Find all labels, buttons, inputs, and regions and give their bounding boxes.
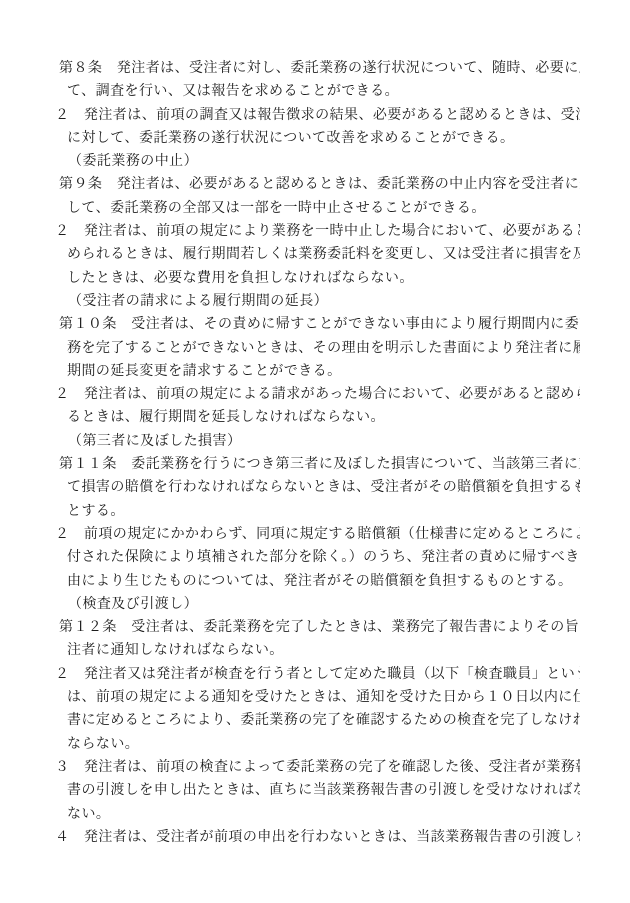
contract-text-line: に対して、委託業務の遂行状況について改善を求めることができる。 bbox=[55, 127, 580, 150]
section-heading: （受注者の請求による履行期間の延長） bbox=[55, 290, 580, 313]
contract-text-line: 第９条 発注者は、必要があると認めるときは、委託業務の中止内容を受注者に通知 bbox=[55, 173, 580, 196]
contract-text-line: ４ 発注者は、受注者が前項の申出を行わないときは、当該業務報告書の引渡しを業 bbox=[55, 826, 580, 849]
contract-text-line: るときは、履行期間を延長しなければならない。 bbox=[55, 406, 580, 429]
contract-text-line: ない。 bbox=[55, 803, 580, 826]
contract-text-line: 期間の延長変更を請求することができる。 bbox=[55, 360, 580, 383]
contract-text-line: て損害の賠償を行わなければならないときは、受注者がその賠償額を負担するもの bbox=[55, 476, 580, 499]
section-heading: （第三者に及ぼした損害） bbox=[55, 430, 580, 453]
contract-text-line: 由により生じたものについては、発注者がその賠償額を負担するものとする。 bbox=[55, 570, 580, 593]
contract-text: 第８条 発注者は、受注者に対し、委託業務の遂行状況について、随時、必要に応じて、… bbox=[55, 57, 580, 849]
contract-text-line: ならない。 bbox=[55, 733, 580, 756]
section-heading: （検査及び引渡し） bbox=[55, 593, 580, 616]
contract-text-line: して、委託業務の全部又は一部を一時中止させることができる。 bbox=[55, 197, 580, 220]
section-heading: （委託業務の中止） bbox=[55, 150, 580, 173]
contract-text-line: 第１１条 委託業務を行うにつき第三者に及ぼした損害について、当該第三者に対し bbox=[55, 453, 580, 476]
contract-text-line: ２ 前項の規定にかかわらず、同項に規定する賠償額（仕様書に定めるところにより bbox=[55, 523, 580, 546]
contract-text-line: とする。 bbox=[55, 500, 580, 523]
contract-text-line: て、調査を行い、又は報告を求めることができる。 bbox=[55, 80, 580, 103]
contract-text-line: は、前項の規定による通知を受けたときは、通知を受けた日から１０日以内に仕様 bbox=[55, 686, 580, 709]
contract-text-line: したときは、必要な費用を負担しなければならない。 bbox=[55, 267, 580, 290]
contract-text-line: ２ 発注者又は発注者が検査を行う者として定めた職員（以下「検査職員」という。） bbox=[55, 663, 580, 686]
contract-text-line: 書の引渡しを申し出たときは、直ちに当該業務報告書の引渡しを受けなければなら bbox=[55, 779, 580, 802]
contract-text-line: 務を完了することができないときは、その理由を明示した書面により発注者に履行 bbox=[55, 337, 580, 360]
contract-text-line: 第８条 発注者は、受注者に対し、委託業務の遂行状況について、随時、必要に応じ bbox=[55, 57, 580, 80]
contract-text-line: ２ 発注者は、前項の規定により業務を一時中止した場合において、必要があると認 bbox=[55, 220, 580, 243]
contract-text-line: 第１２条 受注者は、委託業務を完了したときは、業務完了報告書によりその旨を発 bbox=[55, 616, 580, 639]
contract-text-line: ２ 発注者は、前項の規定による請求があった場合において、必要があると認められ bbox=[55, 383, 580, 406]
contract-text-line: 書に定めるところにより、委託業務の完了を確認するための検査を完了しなければ bbox=[55, 709, 580, 732]
contract-text-line: められるときは、履行期間若しくは業務委託料を変更し、又は受注者に損害を及ぼ bbox=[55, 243, 580, 266]
contract-text-line: ３ 発注者は、前項の検査によって委託業務の完了を確認した後、受注者が業務報告 bbox=[55, 756, 580, 779]
contract-text-line: 付された保険により填補された部分を除く。）のうち、発注者の責めに帰すべき事 bbox=[55, 546, 580, 569]
contract-text-line: ２ 発注者は、前項の調査又は報告徴求の結果、必要があると認めるときは、受注者 bbox=[55, 104, 580, 127]
contract-text-line: 第１０条 受注者は、その責めに帰すことができない事由により履行期間内に委託業 bbox=[55, 313, 580, 336]
document-page: 第８条 発注者は、受注者に対し、委託業務の遂行状況について、随時、必要に応じて、… bbox=[0, 0, 630, 903]
contract-text-line: 注者に通知しなければならない。 bbox=[55, 639, 580, 662]
